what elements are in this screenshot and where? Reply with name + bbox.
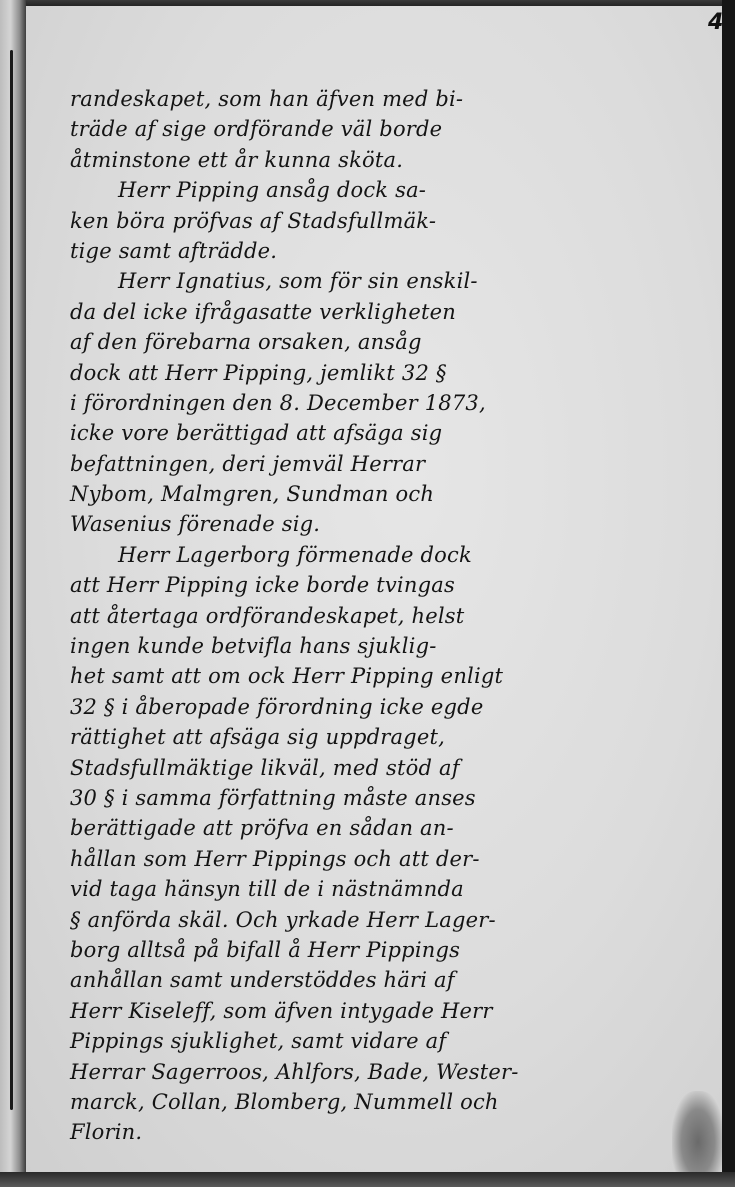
scanned-page-background: 4 randeskapet, som han äfven med bi-träd… bbox=[0, 0, 735, 1187]
handwritten-line: Herr Lagerborg förmenade dock bbox=[70, 540, 580, 570]
handwritten-line: Herr Ignatius, som för sin enskil- bbox=[70, 266, 580, 296]
handwritten-line: anhållan samt understöddes häri af bbox=[70, 965, 580, 995]
handwritten-line: 30 § i samma författning måste anses bbox=[70, 783, 580, 813]
handwritten-line: ingen kunde betvifla hans sjuklig- bbox=[70, 631, 580, 661]
page-stain bbox=[672, 1091, 724, 1176]
handwritten-line: randeskapet, som han äfven med bi- bbox=[70, 84, 580, 114]
handwritten-line: Nybom, Malmgren, Sundman och bbox=[70, 479, 580, 509]
handwritten-line: da del icke ifrågasatte verkligheten bbox=[70, 297, 580, 327]
handwritten-line: åtminstone ett år kunna sköta. bbox=[70, 145, 580, 175]
right-edge bbox=[722, 0, 735, 1187]
handwritten-line: Florin. bbox=[70, 1117, 580, 1147]
handwritten-line: 32 § i åberopade förordning icke egde bbox=[70, 692, 580, 722]
handwritten-line: träde af sige ordförande väl borde bbox=[70, 114, 580, 144]
bottom-edge bbox=[0, 1172, 735, 1187]
handwritten-line: Stadsfullmäktige likväl, med stöd af bbox=[70, 753, 580, 783]
handwritten-line: befattningen, deri jemväl Herrar bbox=[70, 449, 580, 479]
handwritten-line: rättighet att afsäga sig uppdraget, bbox=[70, 722, 580, 752]
handwritten-text-block: randeskapet, som han äfven med bi-träde … bbox=[70, 84, 580, 1148]
handwritten-line: Wasenius förenade sig. bbox=[70, 509, 580, 539]
handwritten-line: af den förebarna orsaken, ansåg bbox=[70, 327, 580, 357]
handwritten-line: Pippings sjuklighet, samt vidare af bbox=[70, 1026, 580, 1056]
handwritten-line: vid taga hänsyn till de i nästnämnda bbox=[70, 874, 580, 904]
handwritten-line: hållan som Herr Pippings och att der- bbox=[70, 844, 580, 874]
handwritten-line: borg alltså på bifall å Herr Pippings bbox=[70, 935, 580, 965]
binding-line bbox=[10, 50, 13, 1110]
handwritten-line: Herrar Sagerroos, Ahlfors, Bade, Wester- bbox=[70, 1057, 580, 1087]
handwritten-line: Herr Kiseleff, som äfven intygade Herr bbox=[70, 996, 580, 1026]
handwritten-line: att återtaga ordförandeskapet, helst bbox=[70, 601, 580, 631]
handwritten-line: Herr Pipping ansåg dock sa- bbox=[70, 175, 580, 205]
handwritten-line: marck, Collan, Blomberg, Nummell och bbox=[70, 1087, 580, 1117]
handwritten-line: ken böra pröfvas af Stadsfullmäk- bbox=[70, 206, 580, 236]
handwritten-line: § anförda skäl. Och yrkade Herr Lager- bbox=[70, 905, 580, 935]
handwritten-line: het samt att om ock Herr Pipping enligt bbox=[70, 661, 580, 691]
book-binding-edge bbox=[0, 0, 26, 1187]
page-number: 4 bbox=[708, 10, 723, 35]
handwritten-line: tige samt afträdde. bbox=[70, 236, 580, 266]
handwritten-line: i förordningen den 8. December 1873, bbox=[70, 388, 580, 418]
handwritten-line: dock att Herr Pipping, jemlikt 32 § bbox=[70, 358, 580, 388]
handwritten-line: berättigade att pröfva en sådan an- bbox=[70, 813, 580, 843]
handwritten-line: icke vore berättigad att afsäga sig bbox=[70, 418, 580, 448]
handwritten-line: att Herr Pipping icke borde tvingas bbox=[70, 570, 580, 600]
